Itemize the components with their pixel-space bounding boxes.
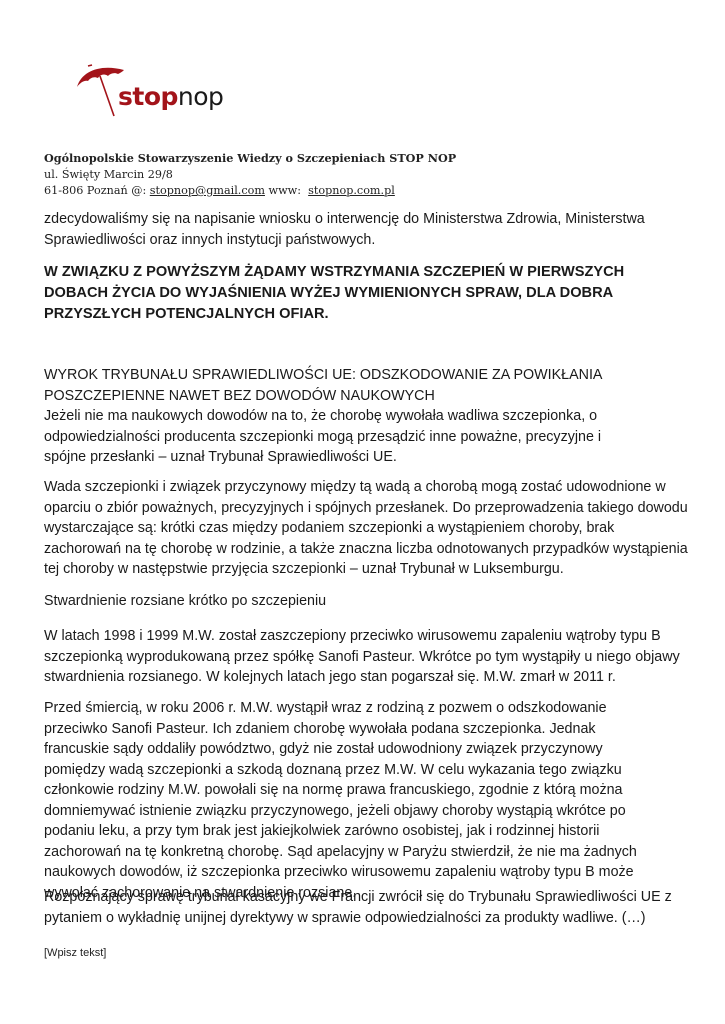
logo-text: stopnop [118, 82, 223, 111]
article-paragraph-block: Wada szczepionki i związek przyczynowy m… [44, 477, 694, 580]
intro-paragraph: zdecydowaliśmy się na napisanie wniosku … [44, 209, 694, 250]
article-heading-block: WYROK TRYBUNAŁU SPRAWIEDLIWOŚCI UE: ODSZ… [44, 365, 644, 468]
logo-text-nop: nop [178, 82, 224, 111]
article-heading: WYROK TRYBUNAŁU SPRAWIEDLIWOŚCI UE: ODSZ… [44, 365, 644, 406]
article-paragraph-4: Przed śmiercią, w roku 2006 r. M.W. wyst… [44, 698, 659, 903]
website-link[interactable]: stopnop.com.pl [308, 184, 395, 197]
article-lead: Jeżeli nie ma naukowych dowodów na to, ż… [44, 406, 644, 468]
paragraph-3-block: W latach 1998 i 1999 M.W. został zaszcze… [44, 626, 689, 688]
footer-placeholder[interactable]: [Wpisz tekst] [44, 947, 106, 959]
organization-contact: 61-806 Poznań @: stopnop@gmail.com www: … [44, 183, 456, 200]
logo-text-stop: stop [118, 82, 178, 111]
article-paragraph-3: W latach 1998 i 1999 M.W. został zaszcze… [44, 626, 689, 688]
www-label: www: [265, 184, 308, 197]
demand-paragraph: W ZWIĄZKU Z POWYŻSZYM ŻĄDAMY WSTRZYMANIA… [44, 262, 664, 325]
organization-name: Ogólnopolskie Stowarzyszenie Wiedzy o Sz… [44, 150, 456, 167]
article-paragraph-2: Wada szczepionki i związek przyczynowy m… [44, 477, 694, 580]
article-subheading: Stwardnienie rozsiane krótko po szczepie… [44, 591, 694, 612]
city-label: 61-806 Poznań @: [44, 184, 150, 197]
organization-address: ul. Święty Marcin 29/8 [44, 167, 456, 184]
subheading-block: Stwardnienie rozsiane krótko po szczepie… [44, 591, 694, 612]
demand-block: W ZWIĄZKU Z POWYŻSZYM ŻĄDAMY WSTRZYMANIA… [44, 262, 664, 325]
organization-header: Ogólnopolskie Stowarzyszenie Wiedzy o Sz… [44, 150, 456, 200]
article-paragraph-5: Rozpoznający sprawę trybunał kasacyjny w… [44, 887, 694, 928]
paragraph-4-block: Przed śmiercią, w roku 2006 r. M.W. wyst… [44, 698, 659, 903]
stopnop-logo: stopnop [74, 62, 254, 122]
intro-paragraph-block: zdecydowaliśmy się na napisanie wniosku … [44, 209, 694, 250]
paragraph-5-block: Rozpoznający sprawę trybunał kasacyjny w… [44, 887, 694, 928]
email-link[interactable]: stopnop@gmail.com [150, 184, 265, 197]
